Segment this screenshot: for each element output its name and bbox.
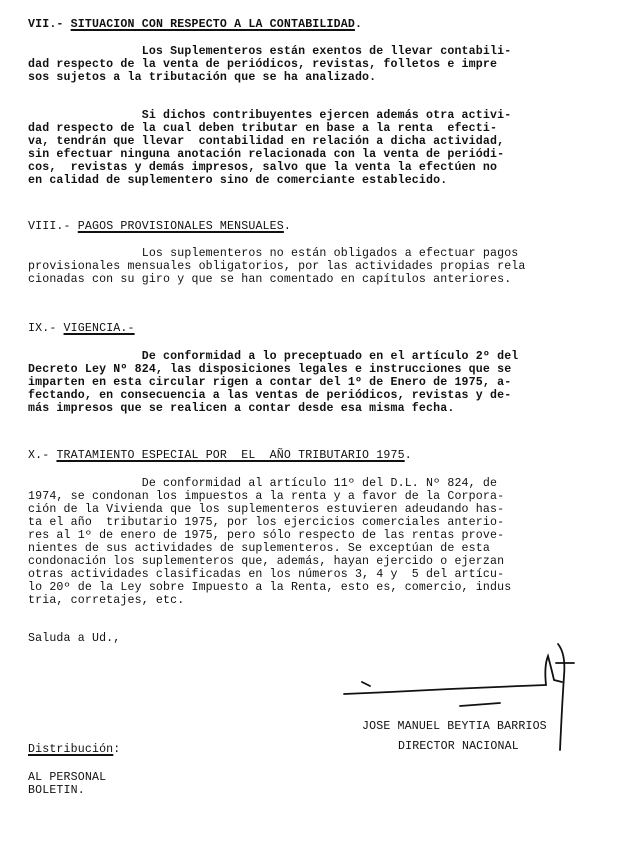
paragraph-line: sin efectuar ninguna anotación relaciona… (28, 148, 504, 161)
heading-punct: . (405, 449, 412, 462)
paragraph-line: otras actividades clasificadas en los nú… (28, 568, 504, 581)
document-page: VII.- SITUACION CON RESPECTO A LA CONTAB… (0, 0, 630, 843)
paragraph-line: cos, revistas y demás impresos, salvo qu… (28, 161, 497, 174)
paragraph-line: condonación los suplementeros que, ademá… (28, 555, 504, 568)
paragraph-line: res al 1º de enero de 1975, pero sólo re… (28, 529, 504, 542)
paragraph-line: tria, corretajes, etc. (28, 594, 184, 607)
section-ix-heading: IX.- VIGENCIA.- (28, 322, 135, 335)
paragraph-line: dad respecto de la cual deben tributar e… (28, 122, 497, 135)
paragraph-line: nientes de sus actividades de suplemente… (28, 542, 490, 555)
paragraph-line: imparten en esta circular rigen a contar… (28, 376, 511, 389)
signatory-title: DIRECTOR NACIONAL (398, 740, 519, 753)
distribution-heading: Distribución: (28, 743, 120, 756)
handwritten-signature (330, 636, 610, 756)
signatory-name: JOSE MANUEL BEYTIA BARRIOS (362, 720, 547, 733)
paragraph-line: Los Suplementeros están exentos de lleva… (28, 45, 511, 58)
distribution-item: AL PERSONAL (28, 771, 106, 784)
paragraph-line: va, tendrán que llevar contabilidad en r… (28, 135, 504, 148)
section-title: TRATAMIENTO ESPECIAL POR EL AÑO TRIBUTAR… (56, 449, 404, 462)
section-vii-heading: VII.- SITUACION CON RESPECTO A LA CONTAB… (28, 18, 362, 31)
paragraph-line: Si dichos contribuyentes ejercen además … (28, 109, 511, 122)
paragraph-line: cionadas con su giro y que se han coment… (28, 273, 511, 286)
section-x-heading: X.- TRATAMIENTO ESPECIAL POR EL AÑO TRIB… (28, 449, 412, 462)
distribution-item: BOLETIN. (28, 784, 85, 797)
section-title: VIGENCIA.- (64, 322, 135, 335)
section-number: IX.- (28, 322, 64, 335)
paragraph-line: sos sujetos a la tributación que se ha a… (28, 71, 376, 84)
paragraph-line: lo 20º de la Ley sobre Impuesto a la Ren… (28, 581, 511, 594)
heading-punct: : (113, 743, 120, 756)
heading-punct: . (355, 18, 362, 31)
section-title: SITUACION CON RESPECTO A LA CONTABILIDAD (71, 18, 355, 31)
paragraph-line: ta el año tributario 1975, por los ejerc… (28, 516, 504, 529)
closing-salutation: Saluda a Ud., (28, 632, 120, 645)
section-viii-heading: VIII.- PAGOS PROVISIONALES MENSUALES. (28, 220, 291, 233)
paragraph-line: ción de la Vivienda que los suplementero… (28, 503, 504, 516)
paragraph-line: De conformidad al artículo 11º del D.L. … (28, 477, 497, 490)
paragraph-line: 1974, se condonan los impuestos a la ren… (28, 490, 504, 503)
paragraph-line: más impresos que se realicen a contar de… (28, 402, 454, 415)
section-title: PAGOS PROVISIONALES MENSUALES (78, 220, 284, 233)
paragraph-line: dad respecto de la venta de periódicos, … (28, 58, 497, 71)
paragraph-line: fectando, en consecuencia a las ventas d… (28, 389, 511, 402)
paragraph-line: Decreto Ley Nº 824, las disposiciones le… (28, 363, 511, 376)
paragraph-line: Los suplementeros no están obligados a e… (28, 247, 518, 260)
paragraph-line: De conformidad a lo preceptuado en el ar… (28, 350, 518, 363)
distribution-label: Distribución (28, 743, 113, 756)
section-number: VII.- (28, 18, 71, 31)
heading-punct: . (284, 220, 291, 233)
section-number: VIII.- (28, 220, 78, 233)
paragraph-line: en calidad de suplementero sino de comer… (28, 174, 447, 187)
section-number: X.- (28, 449, 56, 462)
paragraph-line: provisionales mensuales obligatorios, po… (28, 260, 526, 273)
